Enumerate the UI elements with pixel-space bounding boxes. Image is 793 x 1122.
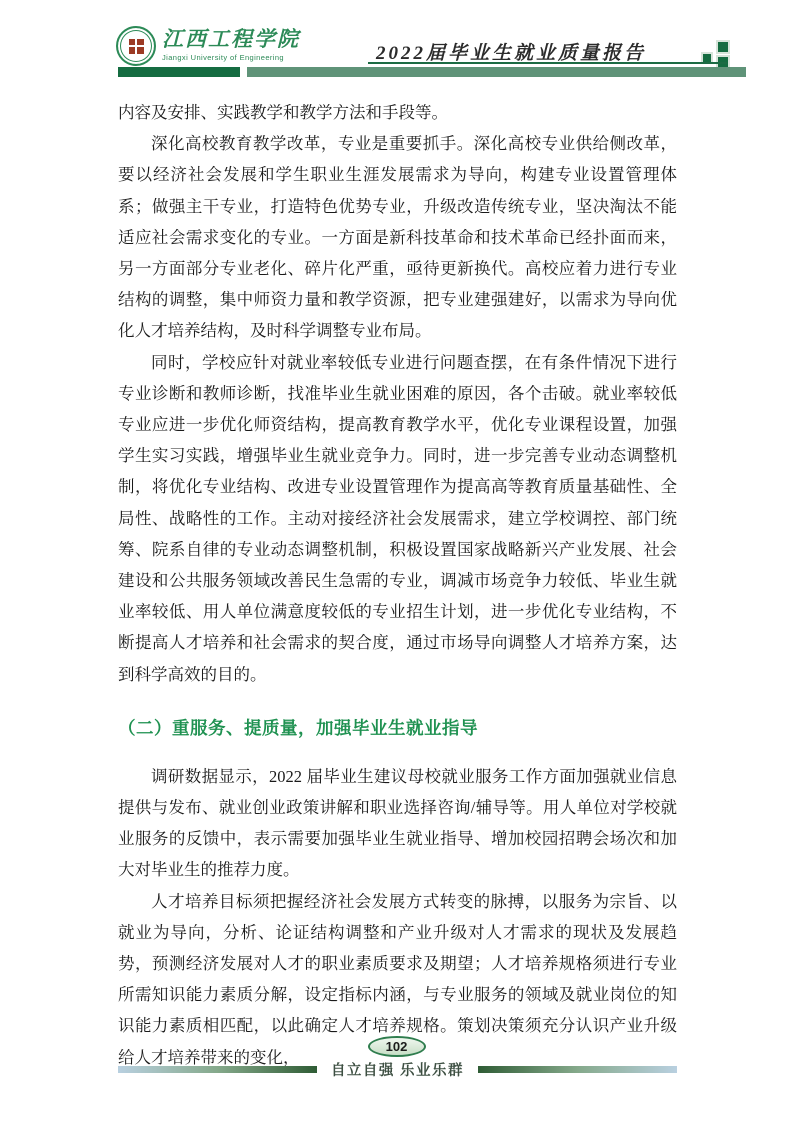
footer-rule-right xyxy=(478,1066,677,1073)
footer-rule-left xyxy=(118,1066,317,1073)
report-title: 2022届毕业生就业质量报告 xyxy=(376,38,646,65)
report-page: 江西工程学院 Jiangxi University of Engineering… xyxy=(0,0,793,1122)
university-name-en: Jiangxi University of Engineering xyxy=(162,53,300,62)
university-name-zh: 江西工程学院 xyxy=(162,26,300,52)
header-bar-light xyxy=(247,67,746,77)
body-paragraph: 内容及安排、实践教学和教学方法和手段等。 xyxy=(118,97,677,128)
page-number-badge: 102 xyxy=(368,1036,426,1057)
seal-core xyxy=(129,39,144,54)
section-heading: （二）重服务、提质量，加强毕业生就业指导 xyxy=(118,716,677,740)
footer-motto: 自立自强 乐业乐群 xyxy=(331,1059,464,1080)
document-body: 内容及安排、实践教学和教学方法和手段等。深化高校教育教学改革，专业是重要抓手。深… xyxy=(118,97,677,1073)
body-paragraph: 同时，学校应针对就业率较低专业进行问题查摆，在有条件情况下进行专业诊断和教师诊断… xyxy=(118,347,677,690)
footer: 自立自强 乐业乐群 xyxy=(118,1059,677,1079)
body-paragraph: 深化高校教育教学改革，专业是重要抓手。深化高校专业供给侧改革，要以经济社会发展和… xyxy=(118,128,677,346)
university-logo: 江西工程学院 Jiangxi University of Engineering xyxy=(116,26,300,66)
university-seal-icon xyxy=(116,26,156,66)
header-rule-thin xyxy=(368,62,727,64)
square-icon xyxy=(716,40,730,54)
header-bar-dark xyxy=(118,67,240,77)
logo-text: 江西工程学院 Jiangxi University of Engineering xyxy=(162,26,300,62)
body-paragraph: 调研数据显示，2022 届毕业生建议母校就业服务工作方面加强就业信息提供与发布、… xyxy=(118,761,677,886)
